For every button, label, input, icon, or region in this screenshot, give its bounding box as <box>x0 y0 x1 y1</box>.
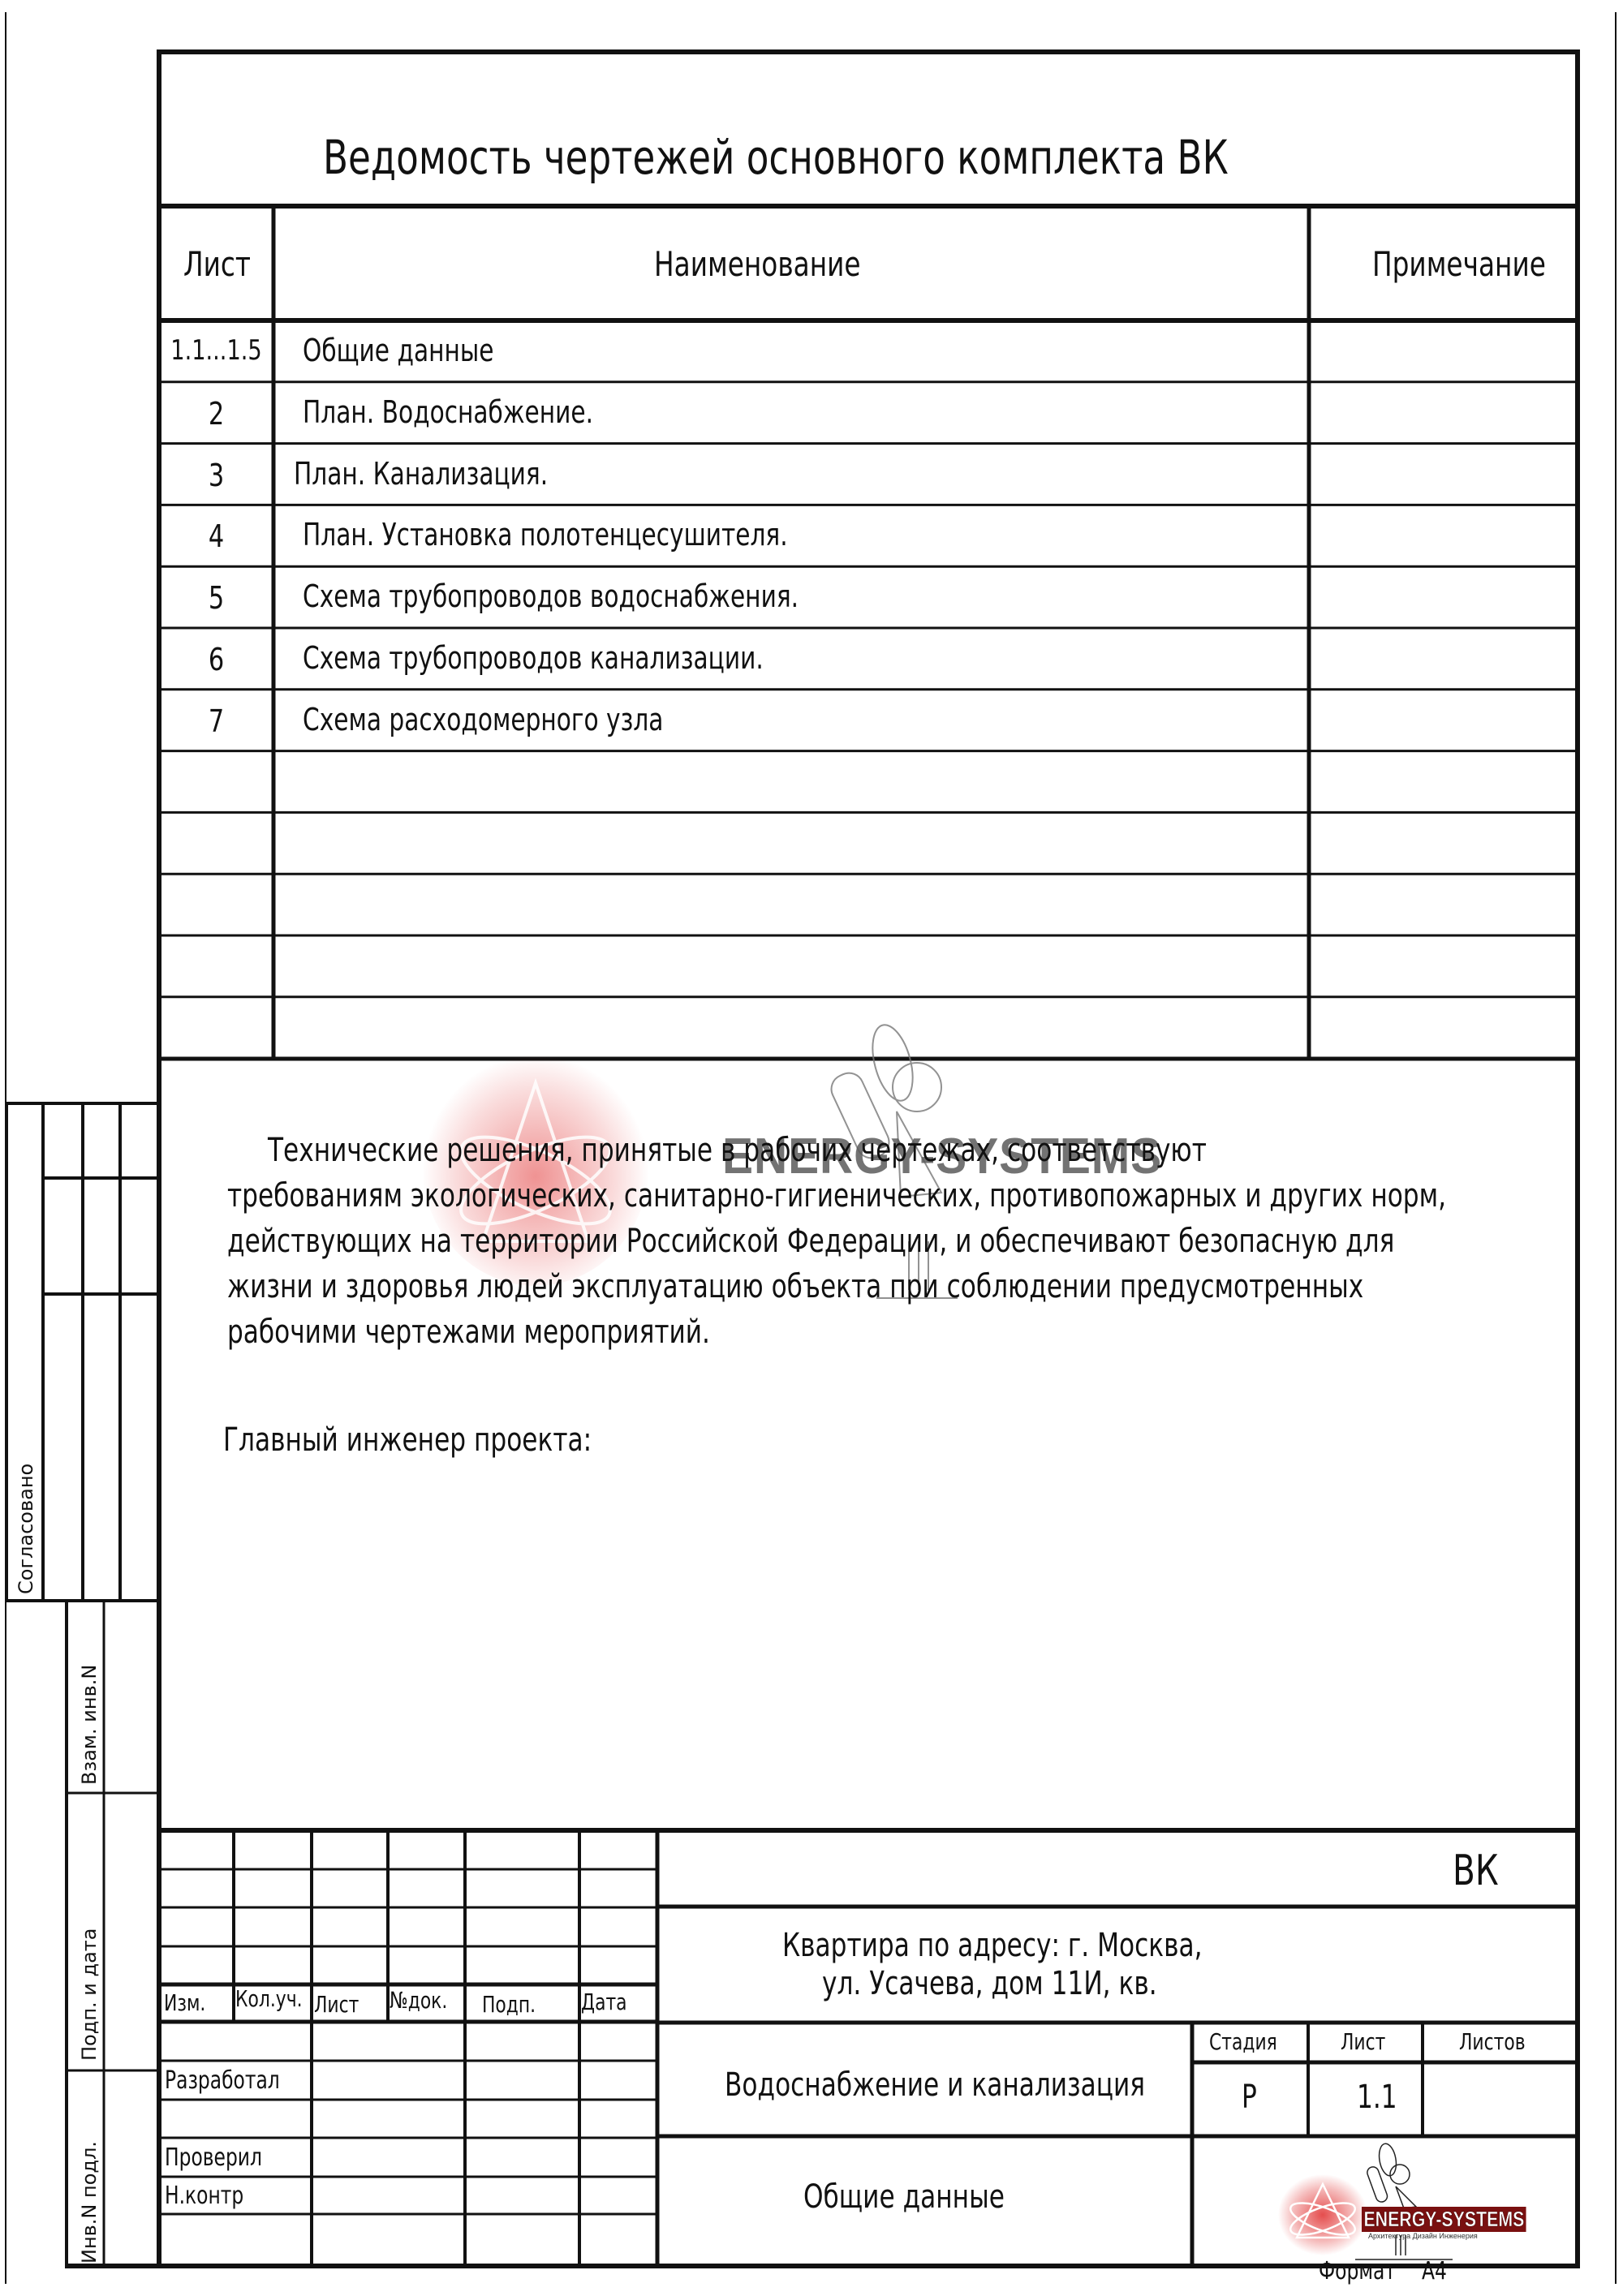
statement-line: Технические решения, принятые в рабочих … <box>268 1134 1207 1167</box>
tb-role-norm-control: Н.контр <box>165 2184 243 2208</box>
tb-role-checked: Проверил <box>165 2146 262 2170</box>
column-header-note: Примечание <box>1372 247 1546 282</box>
tb-label-date: Дата <box>581 1991 627 2014</box>
logo-tagline: Архитектура Дизайн Инженерия <box>1368 2232 1478 2240</box>
row-sheet-number: 5 <box>170 583 262 613</box>
logo-atom-icon <box>1266 2142 1509 2264</box>
side-label-agreed: Согласовано <box>15 1464 37 1594</box>
sheet-list-row: 6Схема трубопроводов канализации. <box>159 628 1578 690</box>
row-sheet-name: Схема трубопроводов водоснабжения. <box>303 581 799 612</box>
row-sheet-name: Схема расходомерного узла <box>303 704 663 735</box>
tb-label-sign: Подп. <box>482 1993 536 2016</box>
company-logo: ENERGY-SYSTEMS Архитектура Дизайн Инжене… <box>1266 2142 1509 2264</box>
sheet-list-row <box>159 935 1578 997</box>
row-sheet-number: 7 <box>170 706 262 737</box>
sheet-list-row: 7Схема расходомерного узла <box>159 690 1578 751</box>
row-sheet-name: План. Установка полотенцесушителя. <box>303 519 788 550</box>
row-sheet-number: 2 <box>170 398 262 429</box>
format-value: А4 <box>1422 2259 1447 2284</box>
tb-label-qty: Кол.уч. <box>235 1988 303 2010</box>
side-label-sign-date: Подп. и дата <box>78 1928 101 2062</box>
column-header-sheet: Лист <box>183 247 251 282</box>
tb-label-docnum: №док. <box>390 1989 447 2012</box>
tb-address-line2: ул. Усачева, дом 11И, кв. <box>822 1967 1157 2000</box>
logo-brand: ENERGY-SYSTEMS <box>1362 2207 1526 2232</box>
column-header-name: Наименование <box>654 247 861 282</box>
tb-sheet-value: 1.1 <box>1357 2081 1397 2113</box>
row-sheet-number: 1.1...1.5 <box>170 337 262 364</box>
statement-line: требованиям экологических, санитарно-гиг… <box>227 1180 1446 1212</box>
sheet-list-row: 1.1...1.5Общие данные <box>159 320 1578 382</box>
sheet-list-row <box>159 997 1578 1059</box>
row-sheet-number: 6 <box>170 644 262 675</box>
sheet-list-row: 4План. Установка полотенцесушителя. <box>159 505 1578 566</box>
tb-code: ВК <box>1453 1850 1499 1892</box>
chief-engineer-label: Главный инженер проекта: <box>223 1424 592 1456</box>
tb-label-change: Изм. <box>164 1992 205 2014</box>
document-title: Ведомость чертежей основного комплекта В… <box>323 134 1229 181</box>
statement-line: действующих на территории Российской Фед… <box>227 1225 1394 1258</box>
format-label: Формат <box>1319 2259 1396 2284</box>
sheet-list-row <box>159 874 1578 935</box>
tb-role-developed: Разработал <box>165 2069 280 2093</box>
tb-address-line1: Квартира по адресу: г. Москва, <box>782 1929 1203 1962</box>
tb-stage-label: Стадия <box>1209 2031 1277 2053</box>
side-label-replace-inv: Взам. инв.N <box>78 1665 101 1785</box>
row-sheet-number: 3 <box>170 460 262 491</box>
statement-line: рабочими чертежами мероприятий. <box>227 1316 710 1348</box>
side-label-inv-original: Инв.N подл. <box>78 2141 101 2264</box>
engineer-icon <box>1355 2143 1453 2259</box>
sheet-list-row: 5Схема трубопроводов водоснабжения. <box>159 566 1578 628</box>
statement-line: жизни и здоровья людей эксплуатацию объе… <box>227 1271 1363 1303</box>
row-sheet-name: Общие данные <box>303 335 493 366</box>
tb-sheet-label: Лист <box>1341 2031 1385 2053</box>
sheet-list-row: 3План. Канализация. <box>159 444 1578 505</box>
sheet-list-row <box>159 812 1578 874</box>
row-sheet-name: Схема трубопроводов канализации. <box>303 643 764 673</box>
sheet-list-row: 2План. Водоснабжение. <box>159 382 1578 444</box>
tb-stage-value: Р <box>1242 2081 1257 2113</box>
row-sheet-name: План. Водоснабжение. <box>303 397 593 428</box>
tb-sheet-name: Общие данные <box>803 2181 1005 2213</box>
row-sheet-number: 4 <box>170 521 262 552</box>
tb-label-sheet: Лист <box>314 1993 359 2016</box>
drawing-sheet: ENERGY-SYSTEMS Ведомость чертежей основн… <box>0 0 1623 2296</box>
sheet-list-row <box>159 751 1578 813</box>
tb-section-name: Водоснабжение и канализация <box>725 2069 1145 2101</box>
row-sheet-name: План. Канализация. <box>294 458 548 489</box>
tb-sheets-label: Листов <box>1459 2031 1526 2053</box>
